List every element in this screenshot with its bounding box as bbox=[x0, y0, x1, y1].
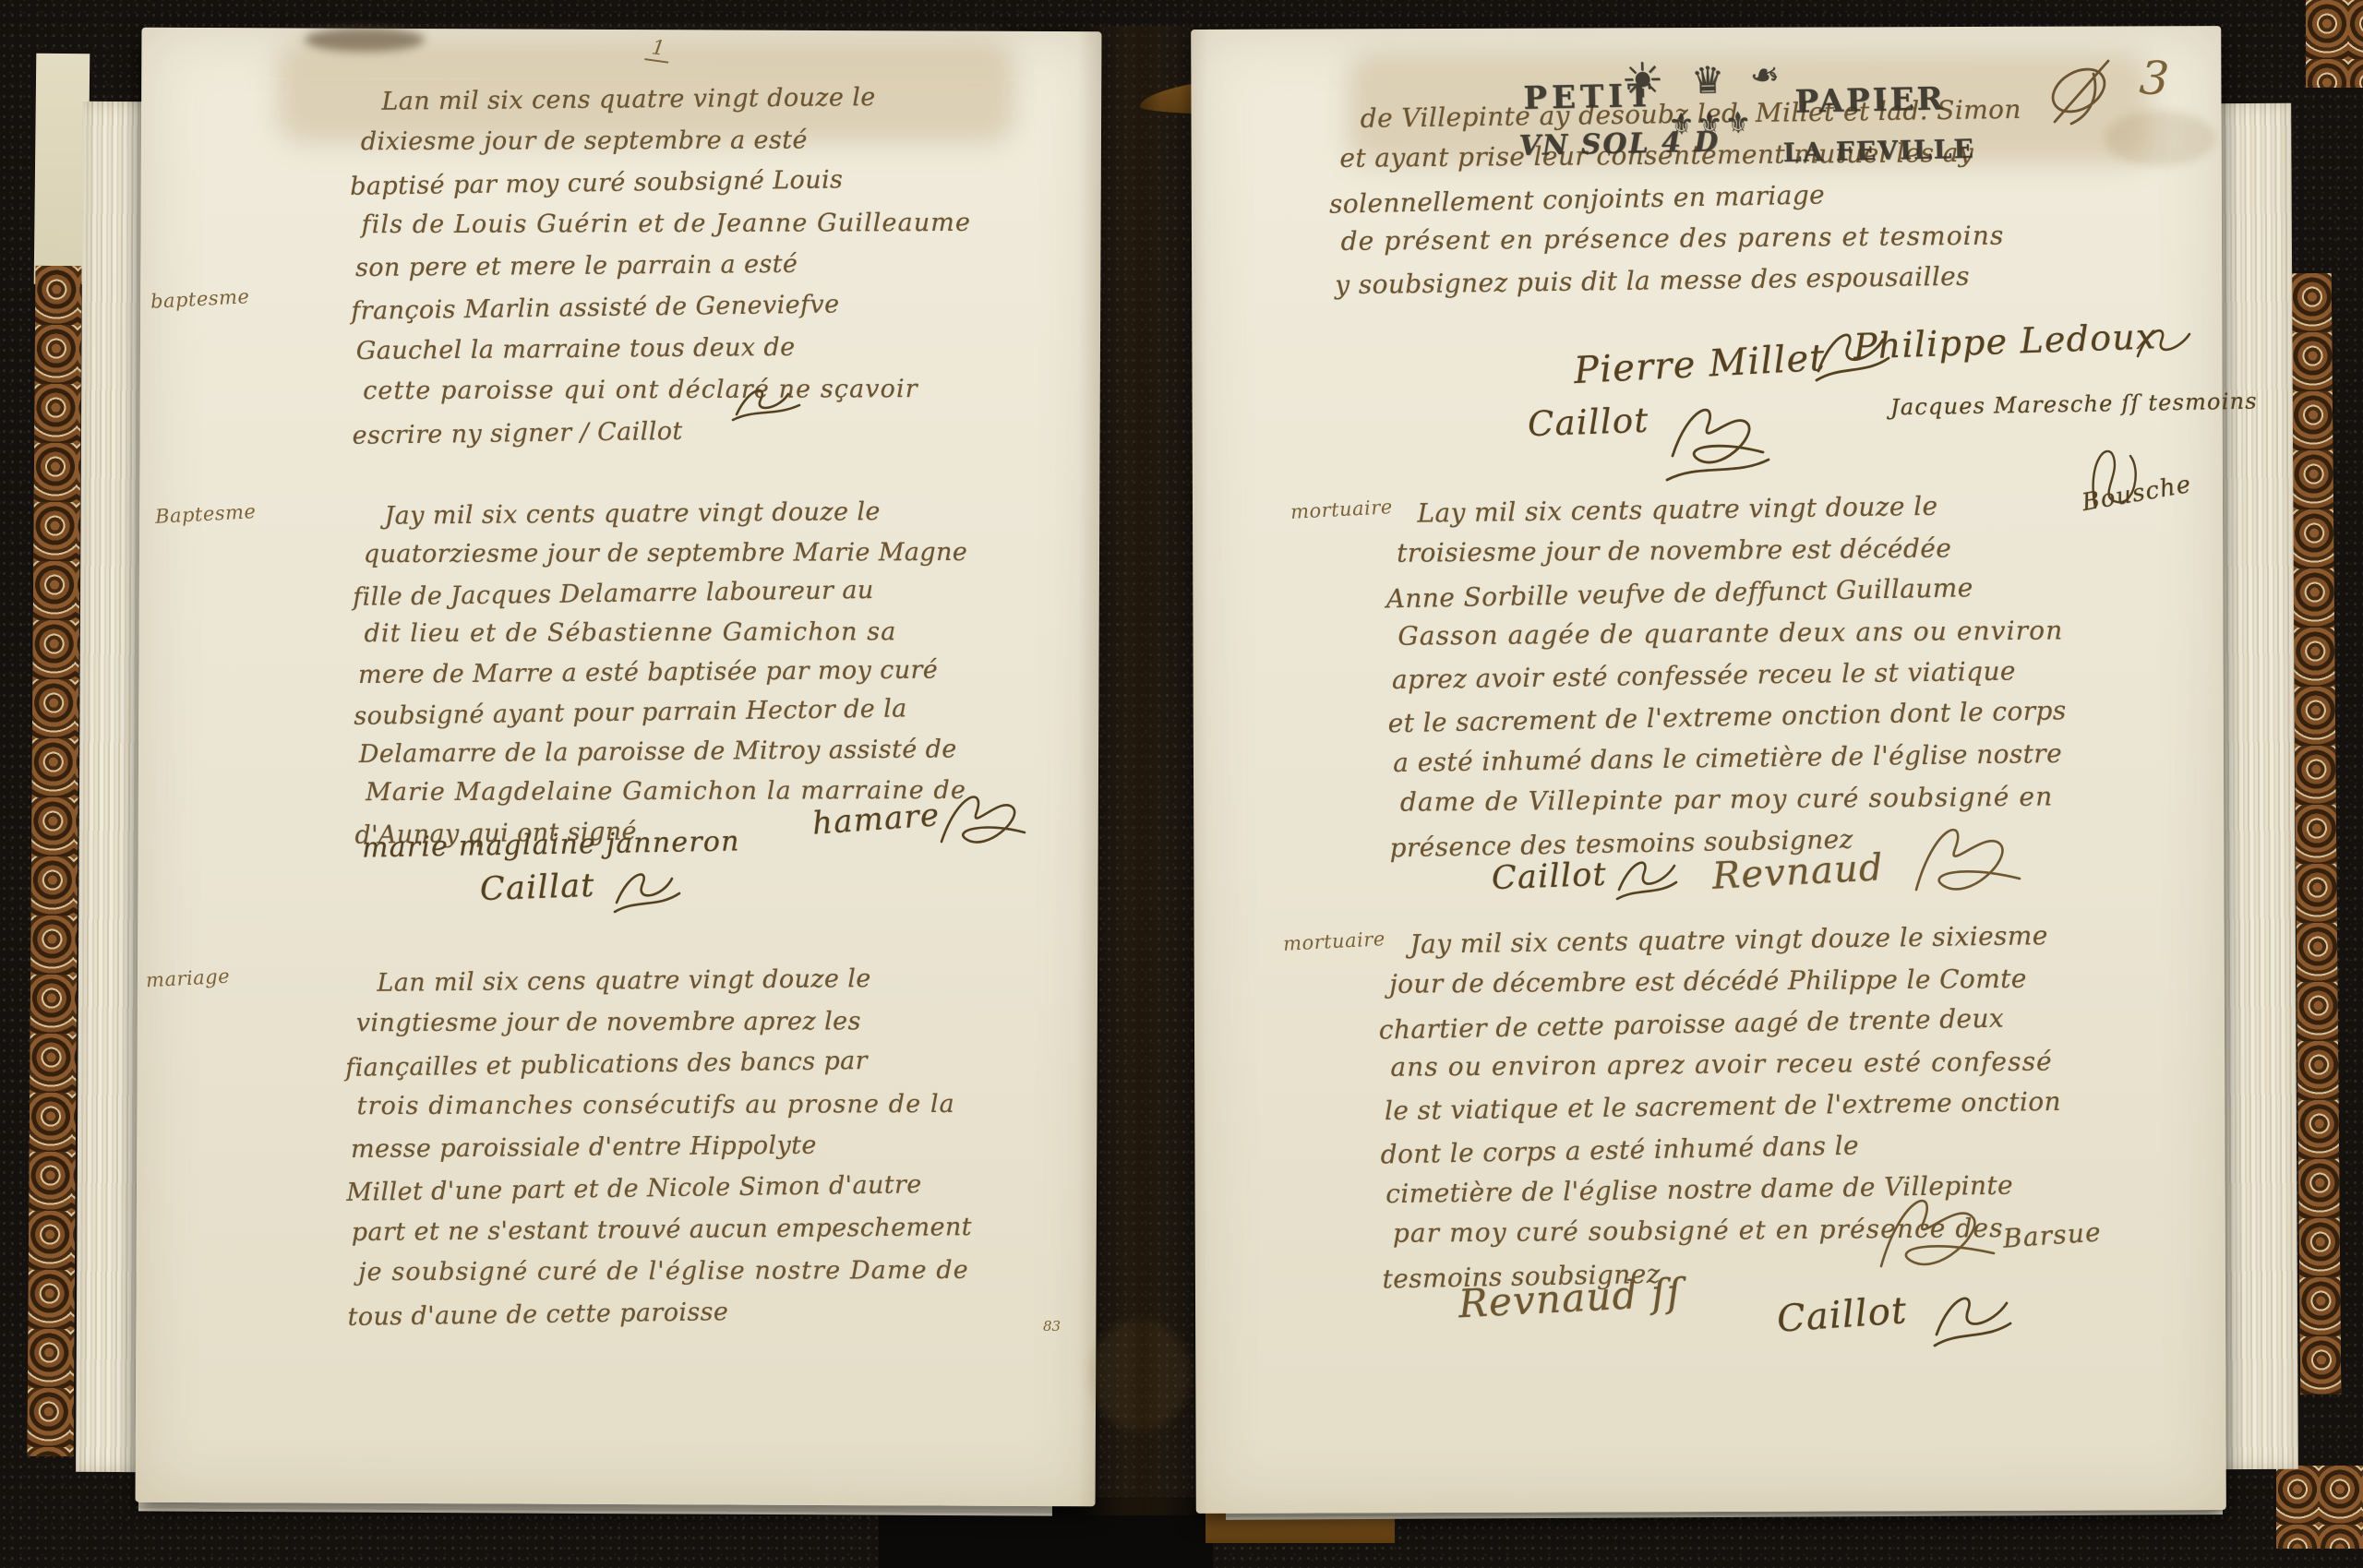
signature-janneron: marie maglaine janneron bbox=[362, 825, 740, 864]
manuscript-line: fils de Louis Guérin et de Jeanne Guille… bbox=[362, 202, 990, 245]
page-mark-bottom: 83 bbox=[1043, 1318, 1061, 1335]
paraph-caillot-burial2 bbox=[1929, 1288, 2012, 1353]
signature-revnaud-burial1: Revnaud bbox=[1711, 846, 1885, 898]
manuscript-line: mere de Marre a esté baptisée par moy cu… bbox=[358, 650, 986, 695]
manuscript-line: françois Marlin assisté de Geneviefve bbox=[351, 281, 979, 331]
stamp-word-la-feuille: LA FEVILLE bbox=[1782, 134, 1975, 168]
manuscript-line: baptisé par moy curé soubsigné Louis bbox=[350, 157, 978, 207]
paraph-caillot-burial1 bbox=[1613, 855, 1678, 905]
manuscript-line: ans ou environ aprez avoir receu esté co… bbox=[1390, 1039, 2202, 1088]
foliage-icon: ❧ bbox=[1750, 54, 1781, 96]
signature-caillot-burial2: Caillot bbox=[1776, 1289, 1909, 1341]
fleur-de-lis-icon: ⚜⚜⚜ bbox=[1668, 105, 1754, 142]
right-marbled-corner-top bbox=[2306, 0, 2363, 88]
manuscript-line: fiançailles et publications des bancs pa… bbox=[345, 1038, 983, 1089]
manuscript-line: vingtiesme jour de novembre aprez les bbox=[356, 1000, 993, 1044]
gutter-shadow bbox=[1078, 26, 1207, 1515]
manuscript-line: de présent en présence des parens et tes… bbox=[1340, 213, 2171, 262]
folio-number: 3 bbox=[2138, 51, 2171, 106]
manuscript-line: tous d'aune de cette paroisse bbox=[347, 1287, 985, 1338]
flourish-revnaud-burial1 bbox=[1901, 812, 2031, 914]
manuscript-line: Lan mil six cens quatre vingt douze le bbox=[349, 957, 986, 1004]
manuscript-line: son pere et mere le parrain a esté bbox=[355, 242, 983, 289]
marriage-record: Lan mil six cens quatre vingt douze levi… bbox=[349, 957, 990, 1336]
ink-smudge-top-left bbox=[305, 28, 425, 52]
paraph-ledoux bbox=[2132, 323, 2197, 369]
sun-icon: ☀ bbox=[1621, 54, 1665, 110]
manuscript-line: escrire ny signer / Caillot bbox=[352, 406, 980, 456]
manuscript-line: Millet d'une part et de Nicole Simon d'a… bbox=[346, 1163, 984, 1214]
right-marbled-cover bbox=[2291, 273, 2342, 1394]
left-marbled-cover bbox=[27, 266, 81, 1456]
manuscript-line: quatorziesme jour de septembre Marie Mag… bbox=[364, 533, 991, 574]
manuscript-line: dit lieu et de Sébastienne Gamichon sa bbox=[365, 612, 992, 653]
manuscript-line: Lan mil six cens quatre vingt douze le bbox=[354, 76, 981, 123]
baptism-record-1: Lan mil six cens quatre vingt douze ledi… bbox=[354, 76, 985, 455]
page-mark-top: 1 bbox=[644, 35, 672, 63]
manuscript-line: part et ne s'estant trouvé aucun empesch… bbox=[352, 1206, 989, 1253]
paraph-caillat bbox=[609, 866, 683, 921]
right-marbled-corner-bottom bbox=[2276, 1466, 2363, 1549]
manuscript-line: dixiesme jour de septembre a esté bbox=[361, 119, 989, 162]
manuscript-line: Gauchel la marraine tous deux de bbox=[356, 325, 984, 372]
manuscript-line: messe paroissiale d'entre Hippolyte bbox=[351, 1123, 988, 1170]
manuscript-line: fille de Jacques Delamarre laboureur au bbox=[353, 569, 981, 616]
manuscript-line: je soubsigné curé de l'église nostre Dam… bbox=[358, 1250, 995, 1293]
paraph-flourish bbox=[729, 383, 803, 425]
flourish-bousche bbox=[2077, 434, 2160, 517]
manuscript-line: soubsigné ayant pour parrain Hector de l… bbox=[354, 688, 982, 736]
manuscript-line: Jay mil six cents quatre vingt douze le bbox=[356, 491, 984, 536]
signature-caillot-burial1: Caillot bbox=[1491, 856, 1607, 897]
tax-stamp: PETIT PAPIER VN SOL 4 D LA FEVILLE ☀ ♛ ❧… bbox=[1517, 47, 1961, 186]
stamp-word-papier: PAPIER bbox=[1794, 80, 1946, 120]
burial-record-1: Lay mil six cents quatre vingt douze let… bbox=[1389, 482, 2189, 867]
manuscript-line: Delamarre de la paroisse de Mitroy assis… bbox=[359, 729, 987, 774]
manuscript-line: trois dimanches consécutifs au prosne de… bbox=[357, 1083, 994, 1127]
flourish-barsue bbox=[1865, 1181, 2003, 1292]
crown-icon: ♛ bbox=[1691, 59, 1725, 102]
folio-paraph bbox=[2040, 55, 2132, 129]
signature-caillat: Caillat bbox=[479, 868, 595, 908]
signature-caillot-marriage: Caillot bbox=[1527, 401, 1649, 445]
manuscript-line: Gasson aagée de quarante deux ans ou env… bbox=[1397, 608, 2191, 657]
book-photograph: 1 Lan mil six cens quatre vingt douze le… bbox=[0, 0, 2363, 1568]
margin-note-mariage: mariage bbox=[145, 965, 230, 992]
flourish-hamare bbox=[932, 784, 1034, 868]
right-page-stack-edge bbox=[2215, 103, 2298, 1469]
paraph-caillot-marriage bbox=[1661, 395, 1772, 487]
manuscript-line: cette paroisse qui ont déclaré ne sçavoi… bbox=[363, 368, 990, 412]
